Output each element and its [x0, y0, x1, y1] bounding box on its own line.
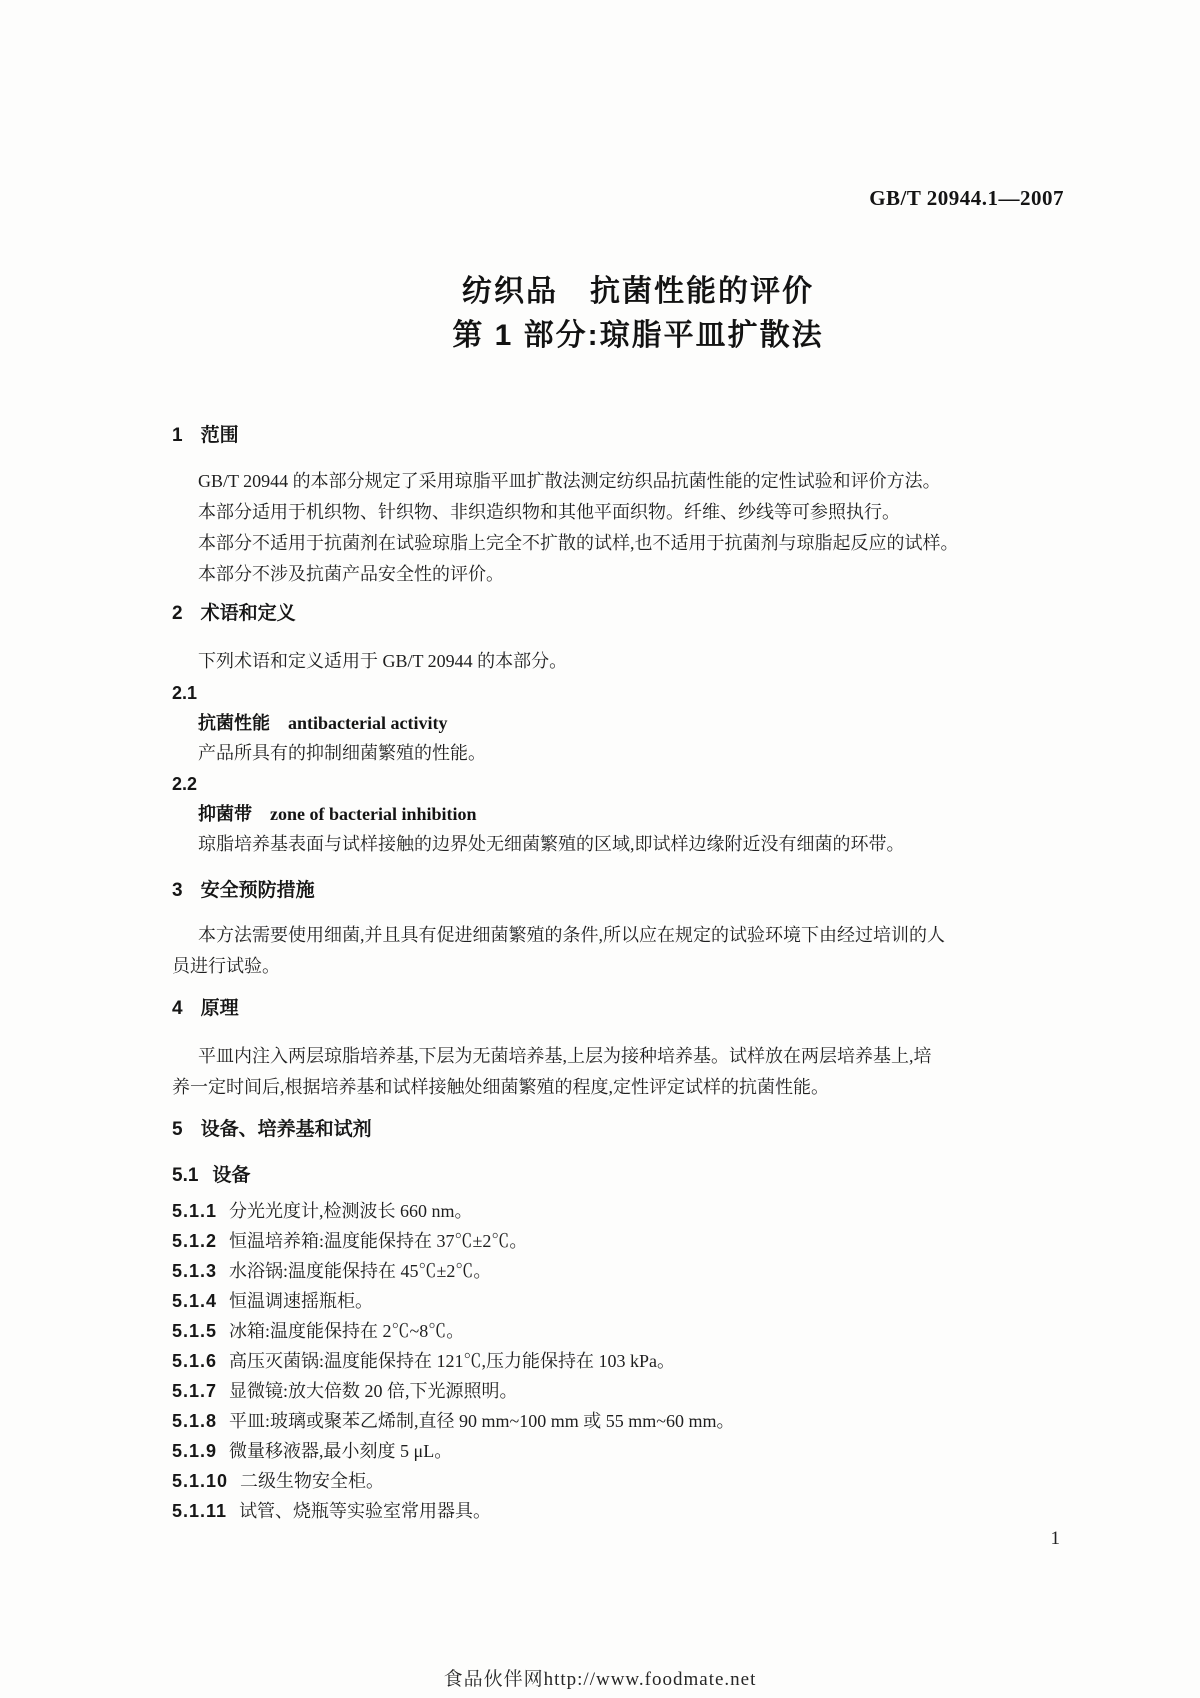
item-number: 5.1.9 — [172, 1436, 217, 1466]
term-chinese: 抗菌性能 — [198, 713, 270, 733]
title-line-1: 纺织品 抗菌性能的评价 — [58, 270, 1200, 314]
item-number: 5.1.1 — [172, 1196, 217, 1226]
item-number: 5.1.3 — [172, 1256, 217, 1286]
term-entry-number: 2.1 — [172, 681, 197, 705]
item-text: 高压灭菌锅:温度能保持在 121℃,压力能保持在 103 kPa。 — [229, 1351, 675, 1371]
term-entry-number: 2.2 — [172, 772, 197, 796]
item-text: 恒温培养箱:温度能保持在 37℃±2℃。 — [229, 1231, 527, 1251]
item-number: 5.1.11 — [172, 1496, 227, 1526]
principle-line: 平皿内注入两层琼脂培养基,下层为无菌培养基,上层为接种培养基。试样放在两层培养基… — [172, 1041, 1082, 1072]
document-page: GB/T 20944.1—2007 纺织品 抗菌性能的评价 第 1 部分:琼脂平… — [0, 0, 1200, 1698]
equipment-item: 5.1.11试管、烧瓶等实验室常用器具。 — [172, 1496, 1082, 1526]
section-heading-principle: 4原理 — [172, 997, 239, 1021]
subsection-title: 设备 — [212, 1165, 250, 1186]
item-text: 冰箱:温度能保持在 2℃~8℃。 — [229, 1321, 464, 1341]
section-number: 4 — [172, 997, 183, 1021]
section-heading-safety: 3安全预防措施 — [172, 879, 315, 903]
terms-intro: 下列术语和定义适用于 GB/T 20944 的本部分。 — [172, 649, 1108, 673]
section-title: 设备、培养基和试剂 — [201, 1119, 372, 1140]
section-number: 1 — [172, 424, 183, 448]
section-number: 5 — [172, 1118, 183, 1142]
term-definition: 琼脂培养基表面与试样接触的边界处无细菌繁殖的区域,即试样边缘附近没有细菌的环带。 — [172, 832, 1108, 856]
equipment-item: 5.1.4恒温调速摇瓶柜。 — [172, 1286, 1082, 1316]
item-number: 5.1.2 — [172, 1226, 217, 1256]
safety-line: 本方法需要使用细菌,并且具有促进细菌繁殖的条件,所以应在规定的试验环境下由经过培… — [172, 920, 1082, 951]
page-number: 1 — [172, 1528, 1060, 1550]
equipment-item: 5.1.2恒温培养箱:温度能保持在 37℃±2℃。 — [172, 1226, 1082, 1256]
principle-body: 平皿内注入两层琼脂培养基,下层为无菌培养基,上层为接种培养基。试样放在两层培养基… — [172, 1041, 1082, 1103]
equipment-item: 5.1.9微量移液器,最小刻度 5 μL。 — [172, 1436, 1082, 1466]
item-text: 水浴锅:温度能保持在 45℃±2℃。 — [229, 1261, 491, 1281]
equipment-item: 5.1.8平皿:玻璃或聚苯乙烯制,直径 90 mm~100 mm 或 55 mm… — [172, 1406, 1082, 1436]
item-number: 5.1.7 — [172, 1376, 217, 1406]
equipment-item: 5.1.7显微镜:放大倍数 20 倍,下光源照明。 — [172, 1376, 1082, 1406]
section-title: 术语和定义 — [201, 603, 296, 624]
term-chinese: 抑菌带 — [198, 804, 252, 824]
standard-code: GB/T 20944.1—2007 — [172, 186, 1064, 211]
equipment-item: 5.1.10二级生物安全柜。 — [172, 1466, 1082, 1496]
scope-paragraph: GB/T 20944 的本部分规定了采用琼脂平皿扩散法测定纺织品抗菌性能的定性试… — [172, 466, 1082, 497]
section-heading-scope: 1范围 — [172, 424, 239, 448]
document-title: 纺织品 抗菌性能的评价 第 1 部分:琼脂平皿扩散法 — [58, 270, 1200, 358]
scope-body: GB/T 20944 的本部分规定了采用琼脂平皿扩散法测定纺织品抗菌性能的定性试… — [172, 466, 1082, 590]
item-text: 显微镜:放大倍数 20 倍,下光源照明。 — [229, 1381, 518, 1401]
term-english: zone of bacterial inhibition — [270, 804, 477, 824]
equipment-item: 5.1.1分光光度计,检测波长 660 nm。 — [172, 1196, 1082, 1226]
term-definition: 产品所具有的抑制细菌繁殖的性能。 — [172, 741, 1108, 765]
item-number: 5.1.6 — [172, 1346, 217, 1376]
item-number: 5.1.5 — [172, 1316, 217, 1346]
item-number: 5.1.10 — [172, 1466, 228, 1496]
safety-body: 本方法需要使用细菌,并且具有促进细菌繁殖的条件,所以应在规定的试验环境下由经过培… — [172, 920, 1082, 982]
term-english: antibacterial activity — [288, 713, 447, 733]
equipment-list: 5.1.1分光光度计,检测波长 660 nm。 5.1.2恒温培养箱:温度能保持… — [172, 1196, 1082, 1526]
safety-line: 员进行试验。 — [172, 951, 1082, 982]
section-title: 安全预防措施 — [201, 880, 315, 901]
equipment-item: 5.1.6高压灭菌锅:温度能保持在 121℃,压力能保持在 103 kPa。 — [172, 1346, 1082, 1376]
section-title: 范围 — [201, 425, 239, 446]
item-text: 恒温调速摇瓶柜。 — [229, 1291, 373, 1311]
section-title: 原理 — [201, 998, 239, 1019]
item-number: 5.1.4 — [172, 1286, 217, 1316]
equipment-item: 5.1.5冰箱:温度能保持在 2℃~8℃。 — [172, 1316, 1082, 1346]
section-heading-terms: 2术语和定义 — [172, 602, 296, 626]
section-number: 3 — [172, 879, 183, 903]
scope-paragraph: 本部分不适用于抗菌剂在试验琼脂上完全不扩散的试样,也不适用于抗菌剂与琼脂起反应的… — [172, 528, 1082, 559]
item-text: 试管、烧瓶等实验室常用器具。 — [239, 1501, 491, 1521]
footer-watermark: 食品伙伴网http://www.foodmate.net — [0, 1664, 1200, 1691]
scope-paragraph: 本部分不涉及抗菌产品安全性的评价。 — [172, 559, 1082, 590]
title-line-2: 第 1 部分:琼脂平皿扩散法 — [58, 314, 1200, 358]
item-text: 微量移液器,最小刻度 5 μL。 — [229, 1441, 452, 1461]
subsection-heading-apparatus: 5.1设备 — [172, 1164, 250, 1188]
item-text: 平皿:玻璃或聚苯乙烯制,直径 90 mm~100 mm 或 55 mm~60 m… — [229, 1411, 734, 1431]
item-text: 分光光度计,检测波长 660 nm。 — [229, 1201, 473, 1221]
section-number: 2 — [172, 602, 183, 626]
scope-paragraph: 本部分适用于机织物、针织物、非织造织物和其他平面织物。纤维、纱线等可参照执行。 — [172, 497, 1082, 528]
principle-line: 养一定时间后,根据培养基和试样接触处细菌繁殖的程度,定性评定试样的抗菌性能。 — [172, 1072, 1082, 1103]
item-text: 二级生物安全柜。 — [240, 1471, 384, 1491]
term-entry-title: 抗菌性能antibacterial activity — [198, 711, 447, 735]
term-entry-title: 抑菌带zone of bacterial inhibition — [198, 802, 477, 826]
item-number: 5.1.8 — [172, 1406, 217, 1436]
section-heading-equipment: 5设备、培养基和试剂 — [172, 1118, 372, 1142]
subsection-number: 5.1 — [172, 1164, 198, 1188]
equipment-item: 5.1.3水浴锅:温度能保持在 45℃±2℃。 — [172, 1256, 1082, 1286]
